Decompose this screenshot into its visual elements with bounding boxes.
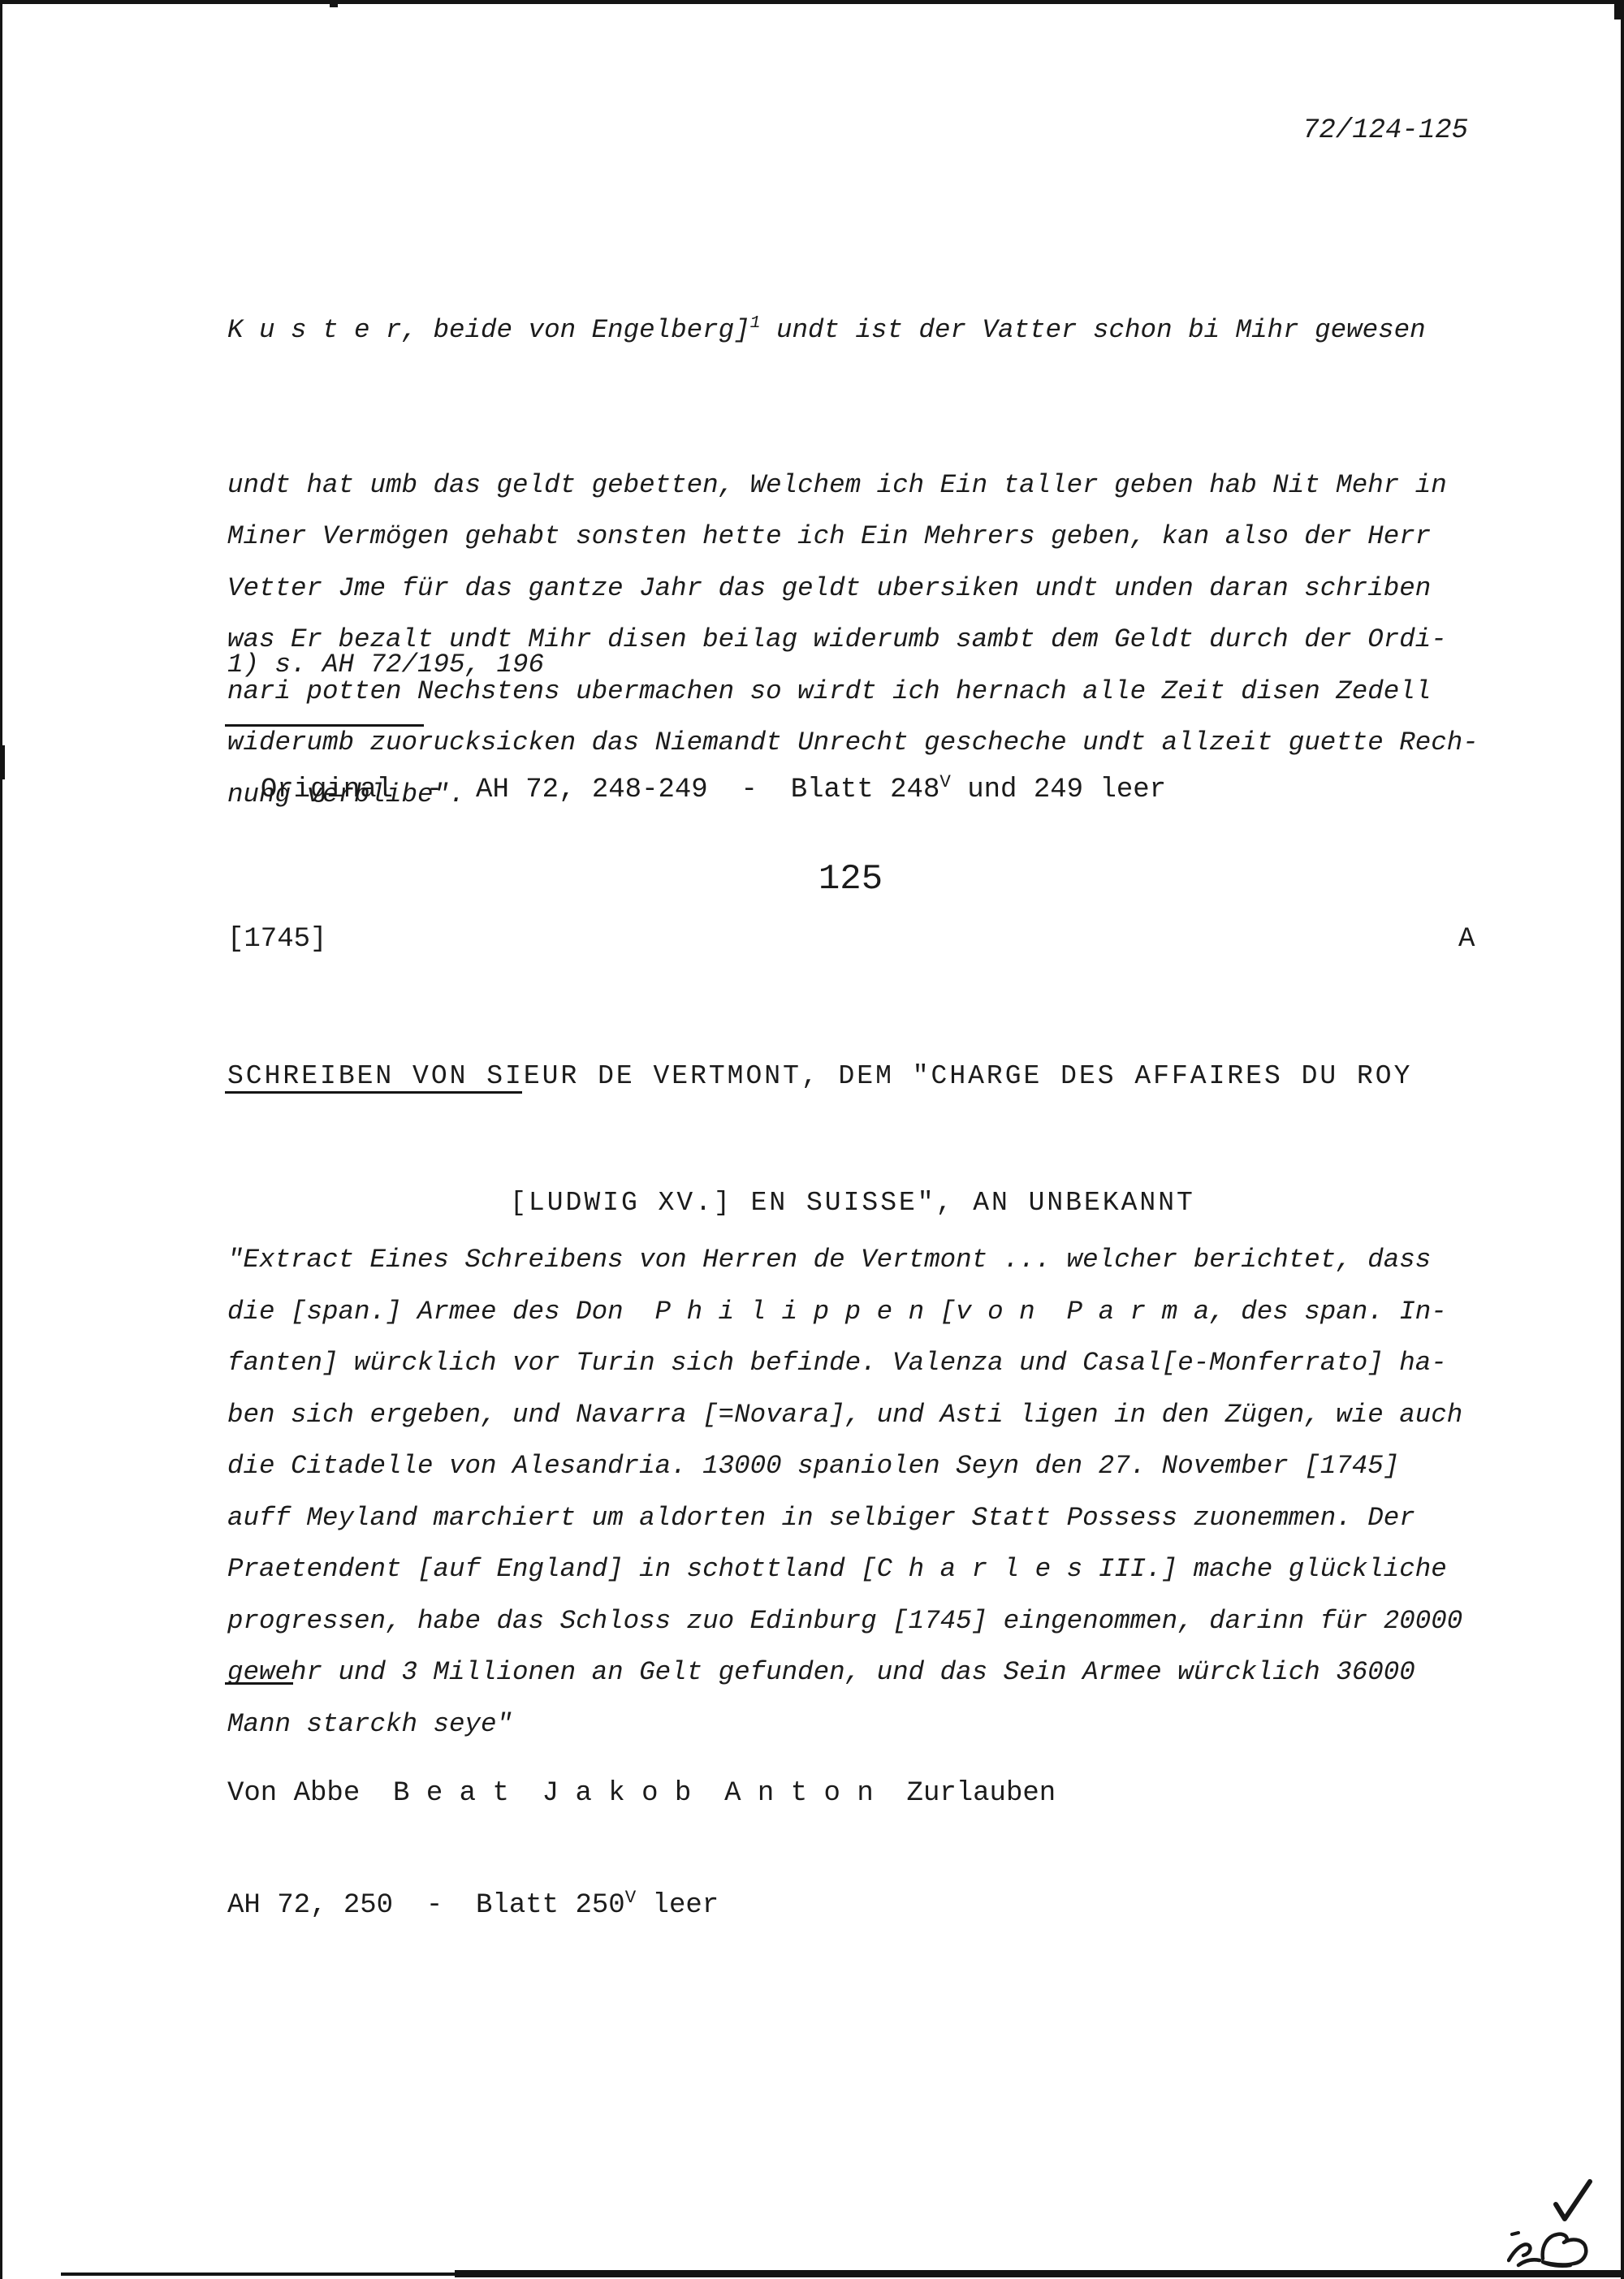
entry-year: [1745] (227, 924, 326, 955)
scanned-document-page: { "page": { "ref": "72/124-125" }, "para… (0, 0, 1624, 2279)
body-paragraph-lines: undt hat umb das geldt gebetten, Welchem… (227, 460, 1479, 511)
entry-letter: A (1458, 924, 1475, 955)
provenance: Von Abbe B e a t J a k o b A n t o n Zur… (227, 1700, 1056, 1963)
provenance-source-line: AH 72, 250 - Blatt 250V leer (227, 1887, 1056, 1926)
page-border-right-top-blotch (1614, 0, 1624, 19)
divider-rule-1 (225, 724, 424, 727)
page-border-left-blotch (0, 745, 5, 779)
text-line: undt hat umb das geldt gebetten, Welchem… (227, 460, 1479, 511)
divider-rule-3 (225, 1682, 293, 1685)
page-border-right (1621, 0, 1624, 2279)
text-line: die [span.] Armee des Don P h i l i p p … (227, 1286, 1462, 1338)
footnote-marker: 1 (750, 313, 761, 333)
text-line: auff Meyland marchiert um aldorten in se… (227, 1492, 1462, 1544)
text-line: gewehr und 3 Millionen an Gelt gefunden,… (227, 1647, 1462, 1698)
page-border-top (0, 0, 1618, 4)
source-line: Original - AH 72, 248-249 - Blatt 248V u… (227, 744, 1166, 805)
checkmark-icon (1553, 2178, 1595, 2224)
body-paragraph: K u s t e r, beide von Engelberg]1 undt … (227, 201, 1479, 563)
divider-rule-2 (225, 1091, 522, 1094)
folio-verso-mark: V (625, 1887, 636, 1908)
text-line: "Extract Eines Schreibens von Herren de … (227, 1234, 1462, 1286)
text-line: Miner Vermögen gehabt sonsten hette ich … (227, 511, 1479, 563)
footnote: 1) s. AH 72/195, 196 (227, 650, 544, 680)
quote-paragraph: "Extract Eines Schreibens von Herren de … (227, 1131, 1462, 1337)
page-border-left (0, 0, 2, 2279)
quote-paragraph-lines: "Extract Eines Schreibens von Herren de … (227, 1234, 1462, 1286)
page-ref: 72/124-125 (1302, 115, 1468, 146)
folio-verso-mark: V (939, 771, 950, 792)
text-line: Praetendent [auf England] in schottland … (227, 1543, 1462, 1595)
page-border-top-tick (330, 0, 338, 7)
body-paragraph-first-line: K u s t e r, beide von Engelberg]1 undt … (227, 304, 1479, 356)
text-line: Vetter Jme für das gantze Jahr das geldt… (227, 563, 1479, 615)
text-line: ben sich ergeben, und Navarra [=Novara],… (227, 1389, 1462, 1441)
text-line: fanten] würcklich vor Turin sich befinde… (227, 1337, 1462, 1389)
entry-number: 125 (227, 859, 1474, 900)
text-line: progressen, habe das Schloss zuo Edinbur… (227, 1595, 1462, 1647)
provenance-author-line: Von Abbe B e a t J a k o b A n t o n Zur… (227, 1775, 1056, 1812)
scribble-icon (1507, 2218, 1598, 2268)
page-border-bottom-thick (455, 2270, 1624, 2277)
text-line: die Citadelle von Alesandria. 13000 span… (227, 1440, 1462, 1492)
